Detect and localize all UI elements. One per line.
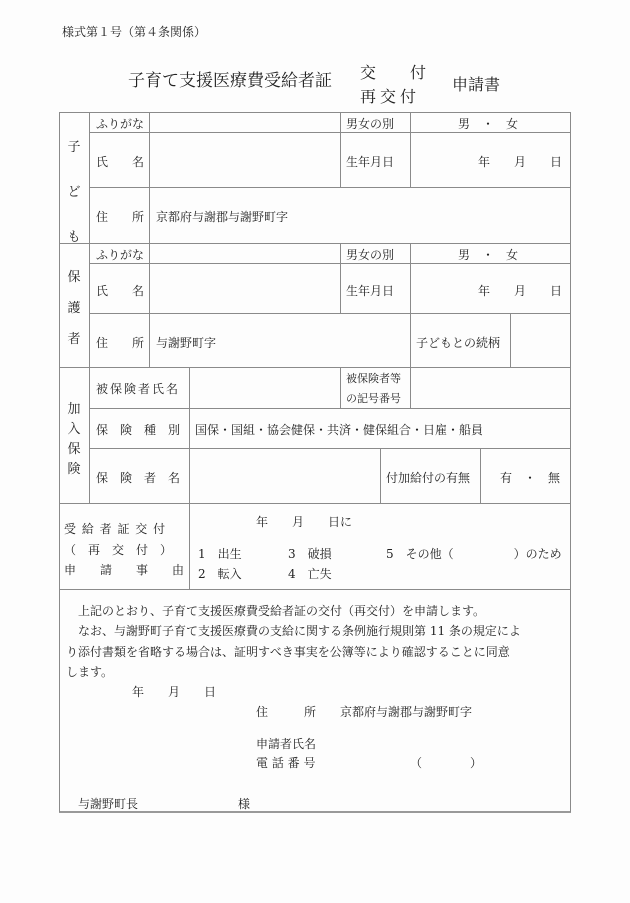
reason-label-2: （ 再 交 付 ） — [64, 541, 172, 558]
phone-label: 電 話 番 号 — [256, 754, 315, 771]
child-birth-label: 生年月日 — [346, 153, 394, 170]
declaration-para2-line3: します。 — [66, 663, 113, 680]
guardian-section-label: 保 護 者 — [64, 262, 84, 355]
declaration-para2-line1: なお、与謝野町子育て支援医療費の支給に関する条例施行規則第 11 条の規定によ — [78, 622, 521, 639]
insurer-name-label: 保 険 者 名 — [96, 469, 180, 486]
applicant-name-input[interactable] — [340, 733, 560, 749]
child-address-input[interactable]: 京都府与謝郡与謝野町字 — [156, 208, 288, 225]
child-furigana-label: ふりがな — [96, 115, 144, 132]
additional-benefit-select[interactable]: 有 ・ 無 — [500, 469, 560, 486]
guardian-gender-label: 男女の別 — [346, 246, 394, 263]
guardian-name-input[interactable] — [152, 266, 338, 310]
symbol-number-label-2: の記号番号 — [346, 390, 401, 406]
reason-option-birth[interactable]: 1 出生 — [198, 545, 242, 562]
symbol-number-input[interactable] — [413, 370, 568, 406]
child-name-label: 氏 名 — [96, 153, 144, 170]
insurer-name-input[interactable] — [192, 451, 377, 500]
reason-option-move-in[interactable]: 2 転入 — [198, 565, 242, 582]
child-gender-select[interactable]: 男 ・ 女 — [458, 115, 518, 132]
guardian-relation-label: 子どもとの続柄 — [416, 334, 500, 351]
insurance-type-select[interactable]: 国保・国組・協会健保・共済・健保組合・日雇・船員 — [195, 421, 483, 438]
title-tail: 申請書 — [452, 72, 500, 95]
reason-option-damage[interactable]: 3 破損 — [288, 545, 332, 562]
reason-label-3: 申 請 事 由 — [64, 561, 184, 578]
child-section-label: 子 ど も — [64, 125, 84, 260]
guardian-name-label: 氏 名 — [96, 282, 144, 299]
guardian-furigana-label: ふりがな — [96, 246, 144, 263]
child-address-label: 住 所 — [96, 208, 144, 225]
guardian-address-input[interactable]: 与謝野町字 — [156, 334, 216, 351]
additional-benefit-label: 付加給付の有無 — [386, 469, 470, 486]
child-gender-label: 男女の別 — [346, 115, 394, 132]
guardian-address-label: 住 所 — [96, 334, 144, 351]
phone-input[interactable]: （ ） — [410, 754, 482, 771]
symbol-number-label-1: 被保険者等 — [346, 370, 401, 386]
insured-name-input[interactable] — [192, 370, 337, 406]
title-option-issue-b: 付 — [410, 60, 426, 83]
honorific: 様 — [238, 795, 250, 812]
guardian-birth-input[interactable]: 年 月 日 — [478, 282, 562, 299]
guardian-relation-input[interactable] — [513, 316, 568, 364]
reason-date[interactable]: 年 月 日に — [256, 513, 352, 530]
title-option-reissue: 再交付 — [360, 84, 420, 107]
page-title: 子育て支援医療費受給者証 — [128, 66, 332, 91]
insured-name-label: 被保険者氏名 — [96, 380, 180, 397]
guardian-furigana-input[interactable] — [152, 245, 338, 261]
insurance-type-label: 保 険 種 別 — [96, 421, 180, 438]
reason-option-other[interactable]: 5 その他（ ）のため — [386, 545, 562, 562]
applicant-address-label: 住 所 — [256, 703, 316, 720]
declaration-para1: 上記のとおり、子育て支援医療費受給者証の交付（再交付）を申請します。 — [78, 602, 485, 619]
declaration-para2-line2: り添付書類を省略する場合は、証明すべき事実を公簿等により確認することに同意 — [66, 643, 510, 660]
application-date[interactable]: 年 月 日 — [132, 683, 216, 700]
guardian-gender-select[interactable]: 男 ・ 女 — [458, 246, 518, 263]
addressee: 与謝野町長 — [78, 795, 138, 812]
form-number: 様式第１号（第４条関係） — [62, 23, 206, 40]
reason-option-loss[interactable]: 4 亡失 — [288, 565, 332, 582]
guardian-birth-label: 生年月日 — [346, 282, 394, 299]
title-option-issue-a: 交 — [360, 60, 376, 83]
child-name-input[interactable] — [152, 136, 338, 184]
child-furigana-input[interactable] — [152, 114, 338, 130]
insurance-section-label: 加 入 保 険 — [64, 400, 84, 480]
reason-label-1: 受 給 者 証 交 付 — [64, 520, 166, 537]
child-birth-input[interactable]: 年 月 日 — [478, 153, 562, 170]
applicant-address-input[interactable]: 京都府与謝郡与謝野町字 — [340, 703, 472, 720]
applicant-name-label: 申請者氏名 — [256, 735, 316, 752]
